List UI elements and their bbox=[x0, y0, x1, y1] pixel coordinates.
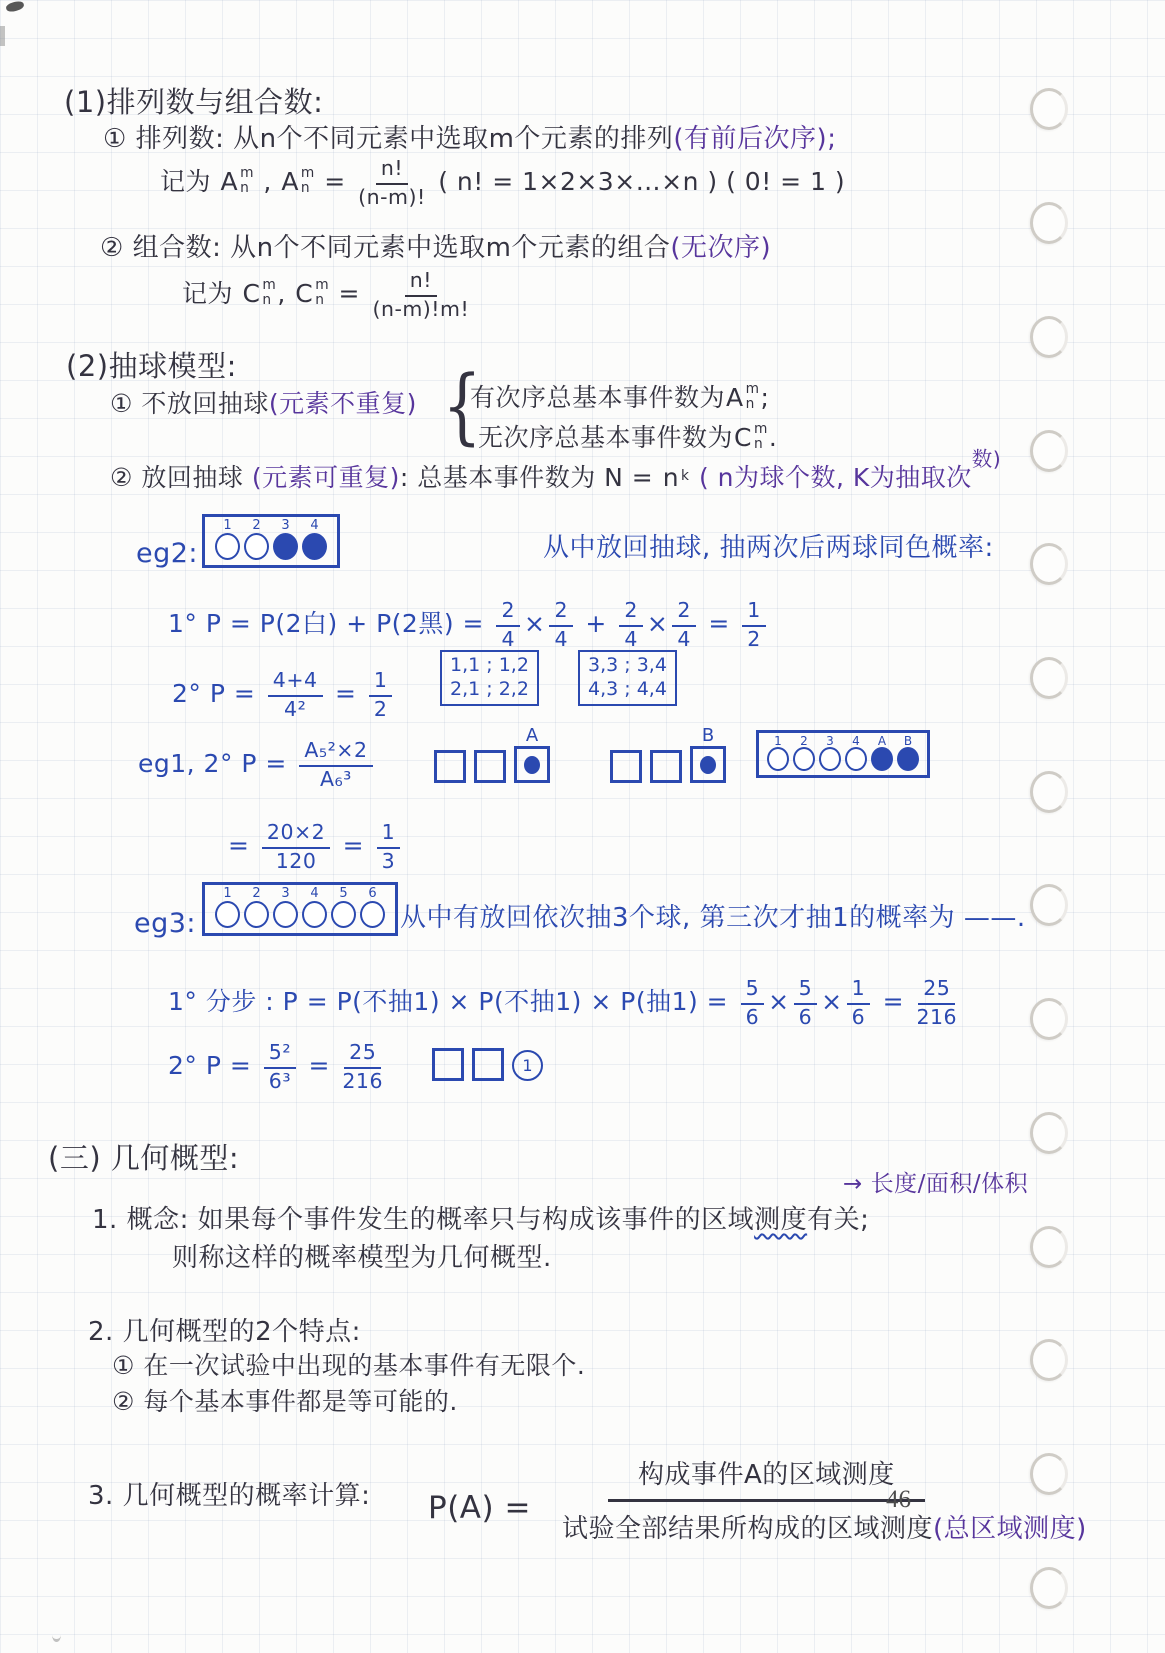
permutation-formula: 记为 Amn , Amn = n!(n-m)! ( n! = 1×2×3×…×n… bbox=[160, 158, 845, 208]
outcome-box-white: 1,1 ; 1,2 2,1 ; 2,2 bbox=[440, 650, 539, 706]
unordered-count-line: 无次序总基本事件数为Cmn. bbox=[478, 422, 777, 455]
ball-label: 3 bbox=[826, 734, 834, 748]
binding-ring bbox=[1030, 88, 1068, 130]
eg2-solution-2: 2° P = 4+44² = 12 bbox=[172, 670, 396, 720]
ball-label: 3 bbox=[281, 886, 289, 901]
ball-label: B bbox=[904, 734, 912, 748]
binding-ring bbox=[1030, 998, 1068, 1040]
ball-white: 5 bbox=[331, 901, 356, 928]
concept-line-2: 则称这样的概率模型为几何概型. bbox=[172, 1242, 552, 1276]
ball-white: 1 bbox=[767, 747, 789, 771]
eg2-label: eg2: bbox=[136, 536, 198, 571]
combination-formula: 记为 Cmn, Cmn = n!(n-m)!m! bbox=[182, 270, 473, 320]
ball-black: 4 bbox=[302, 533, 327, 560]
outcome-row: 2,1 ; 2,2 bbox=[450, 678, 529, 702]
outcome-row: 3,3 ; 3,4 bbox=[588, 654, 667, 678]
empty-box-icon bbox=[610, 750, 642, 783]
paper-smudge bbox=[52, 1628, 61, 1642]
ball-white: 2 bbox=[244, 533, 269, 560]
ball-label: 1 bbox=[223, 886, 231, 901]
circled-one-icon: 1 bbox=[512, 1050, 543, 1081]
eg3-solution-2: 2° P = 5²6³ = 25216 bbox=[168, 1042, 387, 1092]
binding-ring bbox=[1030, 657, 1068, 699]
outcome-row: 1,1 ; 1,2 bbox=[450, 654, 529, 678]
combination-definition: ② 组合数: 从n个不同元素中选取m个元素的组合(无次序) bbox=[100, 232, 771, 266]
ball-label: 1 bbox=[223, 518, 231, 533]
ball-label: 4 bbox=[310, 518, 318, 533]
with-replacement-line: ② 放回抽球 (元素可重复): 总基本事件数为 N = nk ( n为球个数, … bbox=[110, 462, 1001, 495]
empty-box-icon bbox=[472, 1048, 504, 1081]
binding-ring bbox=[1030, 1339, 1068, 1381]
no-replacement-label: ① 不放回抽球(元素不重复) bbox=[110, 388, 417, 421]
eg2-ball-box: 1 2 3 4 bbox=[202, 514, 340, 568]
ball-label: 1 bbox=[774, 734, 782, 748]
ball-label: 2 bbox=[252, 518, 260, 533]
eg3-solution-1: 1° 分步 : P = P(不抽1) × P(不抽1) × P(抽1) = 56… bbox=[168, 978, 961, 1028]
ball-label: 5 bbox=[339, 886, 347, 901]
ball-in-box-icon: A bbox=[514, 746, 550, 783]
binding-ring bbox=[1030, 1112, 1068, 1154]
page-number: 46 bbox=[886, 1486, 911, 1514]
notebook-page: (1)排列数与组合数: ① 排列数: 从n个不同元素中选取m个元素的排列(有前后… bbox=[0, 0, 1165, 1653]
binding-ring bbox=[1030, 884, 1068, 926]
ball-in-box-icon: B bbox=[690, 746, 726, 783]
eg1-diagram-b: B bbox=[610, 746, 726, 783]
binding-ring bbox=[1030, 771, 1068, 813]
eg2-question: 从中放回抽球, 抽两次后两球同色概率: bbox=[543, 532, 994, 566]
section2-title: (2)抽球模型: bbox=[66, 348, 237, 386]
calculation-title: 3. 几何概型的概率计算: bbox=[88, 1480, 370, 1514]
ball-label: 6 bbox=[368, 886, 376, 901]
measure-note: → 长度/面积/体积 bbox=[843, 1170, 1028, 1200]
probability-lhs: P(A) = bbox=[428, 1488, 531, 1528]
ball-white: 6 bbox=[360, 901, 385, 928]
eg3-ball-box: 1 2 3 4 5 6 bbox=[202, 882, 398, 936]
empty-box-icon bbox=[650, 750, 682, 783]
paper-smudge bbox=[0, 26, 5, 46]
empty-box-icon bbox=[474, 750, 506, 783]
binding-ring bbox=[1030, 430, 1068, 472]
ball-white: 2 bbox=[244, 901, 269, 928]
fraction-numerator: 构成事件A的区域测度 bbox=[608, 1454, 925, 1502]
ball-label: 3 bbox=[281, 518, 289, 533]
ball-white: 1 bbox=[215, 533, 240, 560]
binding-ring bbox=[1030, 202, 1068, 244]
eg3-label: eg3: bbox=[134, 906, 196, 941]
circle-label: 1 bbox=[522, 1056, 532, 1075]
ball-black: B bbox=[897, 747, 919, 771]
eg1-solution: eg1, 2° P = A₅²×2A₆³ bbox=[138, 740, 377, 790]
ball-white: 4 bbox=[845, 747, 867, 771]
binding-ring bbox=[1030, 1567, 1068, 1609]
ball-label: 2 bbox=[800, 734, 808, 748]
feature-2: ② 每个基本事件都是等可能的. bbox=[112, 1386, 458, 1419]
eg2-solution-1: 1° P = P(2白) + P(2黑) = 24×24 + 24×24 = 1… bbox=[168, 600, 770, 650]
ball-label: 4 bbox=[852, 734, 860, 748]
concept-line-1: 1. 概念: 如果每个事件发生的概率只与构成该事件的区域测度有关; bbox=[92, 1204, 869, 1238]
paper-smudge bbox=[5, 0, 25, 13]
binding-ring bbox=[1030, 1226, 1068, 1268]
feature-1: ① 在一次试验中出现的基本事件有无限个. bbox=[112, 1350, 585, 1383]
ball-label: 2 bbox=[252, 886, 260, 901]
features-title: 2. 几何概型的2个特点: bbox=[88, 1316, 361, 1350]
ball-white: 4 bbox=[302, 901, 327, 928]
ball-dot-icon bbox=[524, 756, 540, 774]
ball-white: 1 bbox=[215, 901, 240, 928]
box-label: A bbox=[526, 725, 538, 746]
ball-label: 4 bbox=[310, 886, 318, 901]
ball-white: 3 bbox=[273, 901, 298, 928]
fraction-denominator: 试验全部结果所构成的区域测度(总区域测度) bbox=[562, 1508, 1087, 1545]
ball-black: A bbox=[871, 747, 893, 771]
ball-label: A bbox=[878, 734, 886, 748]
eg3-diagram: 1 bbox=[432, 1048, 543, 1081]
ball-black: 3 bbox=[273, 533, 298, 560]
outcome-row: 4,3 ; 4,4 bbox=[588, 678, 667, 702]
geometric-probability-fraction: 构成事件A的区域测度 试验全部结果所构成的区域测度(总区域测度) bbox=[562, 1454, 1087, 1545]
section1-title: (1)排列数与组合数: bbox=[64, 84, 323, 122]
eg1-ball-box: 1 2 3 4 A B bbox=[756, 730, 930, 778]
ball-white: 3 bbox=[819, 747, 841, 771]
box-label: B bbox=[702, 725, 714, 746]
eg1-diagram-a: A bbox=[434, 746, 550, 783]
ball-dot-icon bbox=[700, 756, 716, 774]
empty-box-icon bbox=[434, 750, 466, 783]
ball-white: 2 bbox=[793, 747, 815, 771]
outcome-box-black: 3,3 ; 3,4 4,3 ; 4,4 bbox=[578, 650, 677, 706]
binding-ring bbox=[1030, 316, 1068, 358]
binding-ring bbox=[1030, 543, 1068, 585]
ordered-count-line: 有次序总基本事件数为Amn; bbox=[470, 382, 769, 415]
eg3-question: 从中有放回依次抽3个球, 第三次才抽1的概率为 ——. bbox=[400, 902, 1026, 936]
empty-box-icon bbox=[432, 1048, 464, 1081]
section3-title: (三) 几何概型: bbox=[48, 1140, 239, 1178]
permutation-definition: ① 排列数: 从n个不同元素中选取m个元素的排列(有前后次序); bbox=[103, 123, 836, 157]
eg1-result: = 20×2120 = 13 bbox=[228, 822, 404, 872]
